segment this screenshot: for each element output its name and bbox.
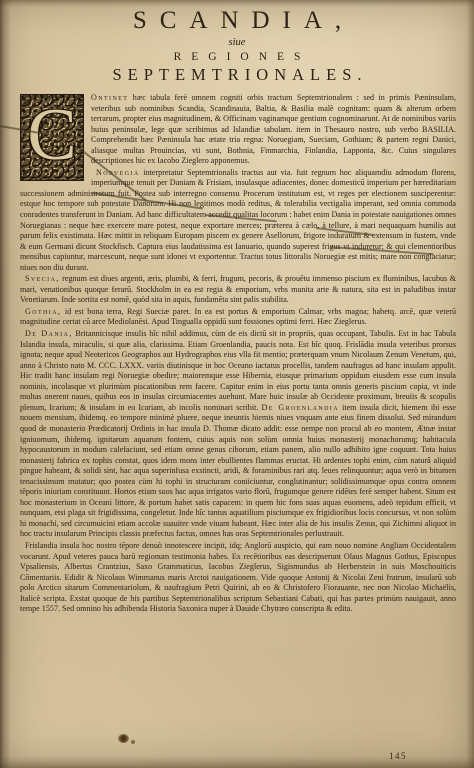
subtitle-septemtrionales: SEPTEMTRIONALES. [0, 65, 474, 85]
paragraph-norvegia: Norvegia interpretatur Septemtrionalis t… [20, 168, 456, 273]
paragraph-lead: Ontinet [91, 93, 128, 102]
ink-blot-stain [118, 734, 129, 743]
paragraph-gothia: Gothia, id est bona terra, Regi Sueciæ p… [20, 307, 456, 328]
atlas-page-scan: SCANDIA, siue REGIONES SEPTEMTRIONALES. … [0, 0, 474, 768]
ink-blot-stain-small [131, 740, 135, 744]
subtitle-regiones: REGIONES [0, 51, 474, 63]
paragraph-text: Britannicisque insulis hîc nihil addimus… [20, 329, 456, 412]
paragraph-frislandia: Frislandia insula hoc nostro tēpore denu… [20, 541, 456, 615]
paragraph-text: id est bona terra, Regi Sueciæ paret. In… [20, 307, 456, 327]
paragraph-continet: C Ontinet hæc tabula ferè omnem cogniti … [20, 93, 456, 167]
body-text: C Ontinet hæc tabula ferè omnem cogniti … [20, 93, 456, 615]
paragraph-text: regnum est diues argenti, æris, plumbi, … [20, 274, 456, 304]
woodcut-initial-block: C [20, 94, 84, 181]
paragraph-lead: Svecia, [25, 274, 60, 283]
paragraph-dania-groenlandia: De Dania, Britannicisque insulis hîc nih… [20, 329, 456, 540]
paragraph-lead-inline: De Groenlandia [262, 403, 339, 412]
paragraph-text: interpretatur Septemtrionalis tractus au… [20, 168, 456, 272]
page-signature-number: 145 [389, 751, 407, 761]
page-title: SCANDIA, [0, 7, 474, 35]
paragraph-lead: Gothia, [25, 307, 61, 316]
page-header: SCANDIA, siue REGIONES SEPTEMTRIONALES. [0, 7, 474, 85]
paragraph-lead: Norvegia [96, 168, 140, 177]
paragraph-text: item insula dicit, hiemem ibi esse nouem… [20, 403, 456, 539]
drop-cap-letter: C [27, 98, 76, 172]
paragraph-text: hæc tabula ferè omnem cogniti orbis trac… [91, 93, 456, 165]
paragraph-text: Frislandia insula hoc nostro tēpore denu… [20, 541, 456, 613]
paragraph-svecia: Svecia, regnum est diues argenti, æris, … [20, 274, 456, 306]
subtitle-sive: siue [0, 37, 474, 48]
paragraph-lead: De Dania, [25, 329, 73, 338]
